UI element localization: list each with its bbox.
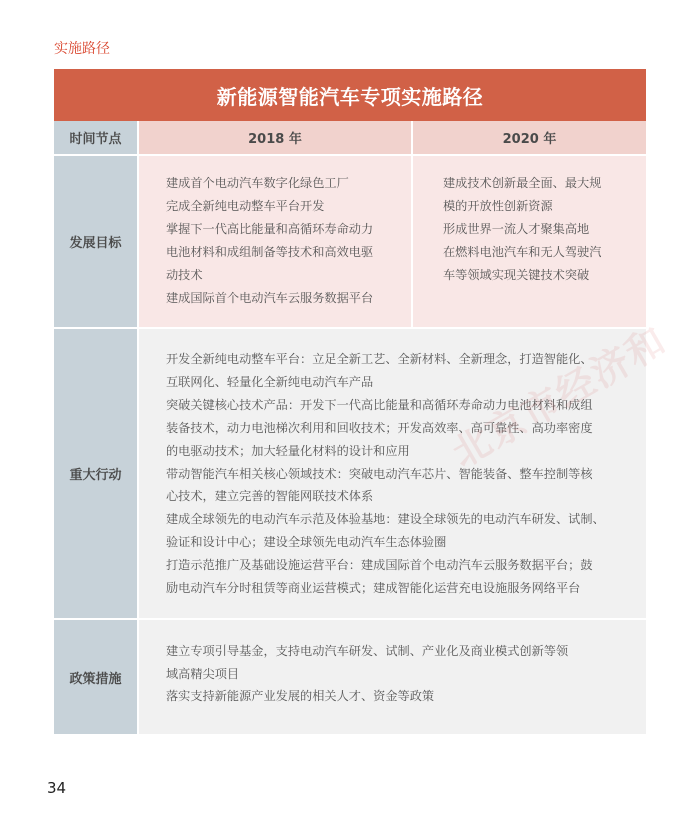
row-label-major-actions: 重大行动 [54, 329, 137, 618]
action-line: 建成全球领先的电动汽车示范及体验基地：建设全球领先的电动汽车研发、试制、 [166, 508, 646, 531]
goal-2018-line: 动技术 [166, 264, 411, 287]
goal-2020-line: 车等领域实现关键技术突破 [443, 264, 646, 287]
action-line: 突破关键核心技术产品：开发下一代高比能量和高循环寿命动力电池材料和成组 [166, 394, 646, 417]
row-label-policy: 政策措施 [54, 620, 137, 734]
action-line: 带动智能汽车相关核心领域技术：突破电动汽车芯片、智能装备、整车控制等核 [166, 463, 646, 486]
action-line: 互联网化、轻量化全新纯电动汽车产品 [166, 371, 646, 394]
action-line: 的电驱动技术；加大轻量化材料的设计和应用 [166, 440, 646, 463]
policy-cell: 建立专项引导基金，支持电动汽车研发、试制、产业化及商业模式创新等领 域高精尖项目… [139, 620, 646, 734]
row-label-goals: 发展目标 [54, 156, 137, 327]
header-row: 时间节点 2018 年 2020 年 [54, 121, 646, 154]
section-label: 实施路径 [54, 38, 110, 58]
page-number: 34 [47, 779, 66, 797]
goal-2018-line: 建成首个电动汽车数字化绿色工厂 [166, 172, 411, 195]
header-label-time-node: 时间节点 [54, 121, 137, 154]
implementation-roadmap-table: 新能源智能汽车专项实施路径 时间节点 2018 年 2020 年 发展目标 建成… [54, 69, 646, 734]
action-line: 打造示范推广及基础设施运营平台：建成国际首个电动汽车云服务数据平台；鼓 [166, 554, 646, 577]
goals-row: 发展目标 建成首个电动汽车数字化绿色工厂 完成全新纯电动整车平台开发 掌握下一代… [54, 156, 646, 327]
goal-2020-line: 在燃料电池汽车和无人驾驶汽 [443, 241, 646, 264]
action-line: 装备技术，动力电池梯次利用和回收技术；开发高效率、高可靠性、高功率密度 [166, 417, 646, 440]
action-line: 开发全新纯电动整车平台：立足全新工艺、全新材料、全新理念，打造智能化、 [166, 348, 646, 371]
goal-2018-line: 电池材料和成组制备等技术和高效电驱 [166, 241, 411, 264]
policy-row: 政策措施 建立专项引导基金，支持电动汽车研发、试制、产业化及商业模式创新等领 域… [54, 620, 646, 734]
goals-2020-cell: 建成技术创新最全面、最大规 模的开放性创新资源 形成世界一流人才聚集高地 在燃料… [413, 156, 646, 327]
action-line: 验证和设计中心；建设全球领先电动汽车生态体验圈 [166, 531, 646, 554]
goal-2020-line: 形成世界一流人才聚集高地 [443, 218, 646, 241]
policy-line: 域高精尖项目 [166, 663, 646, 686]
action-line: 励电动汽车分时租赁等商业运营模式；建成智能化运营充电设施服务网络平台 [166, 577, 646, 600]
policy-line: 建立专项引导基金，支持电动汽车研发、试制、产业化及商业模式创新等领 [166, 640, 646, 663]
table-title: 新能源智能汽车专项实施路径 [54, 69, 646, 121]
actions-row: 重大行动 开发全新纯电动整车平台：立足全新工艺、全新材料、全新理念，打造智能化、… [54, 329, 646, 618]
goal-2020-line: 建成技术创新最全面、最大规 [443, 172, 646, 195]
actions-cell: 开发全新纯电动整车平台：立足全新工艺、全新材料、全新理念，打造智能化、 互联网化… [139, 329, 646, 618]
goal-2018-line: 建成国际首个电动汽车云服务数据平台 [166, 287, 411, 310]
goal-2018-line: 掌握下一代高比能量和高循环寿命动力 [166, 218, 411, 241]
goal-2020-line: 模的开放性创新资源 [443, 195, 646, 218]
header-2020: 2020 年 [413, 121, 646, 154]
goal-2018-line: 完成全新纯电动整车平台开发 [166, 195, 411, 218]
policy-line: 落实支持新能源产业发展的相关人才、资金等政策 [166, 685, 646, 708]
goals-2018-cell: 建成首个电动汽车数字化绿色工厂 完成全新纯电动整车平台开发 掌握下一代高比能量和… [139, 156, 411, 327]
action-line: 心技术，建立完善的智能网联技术体系 [166, 485, 646, 508]
header-2018: 2018 年 [139, 121, 411, 154]
